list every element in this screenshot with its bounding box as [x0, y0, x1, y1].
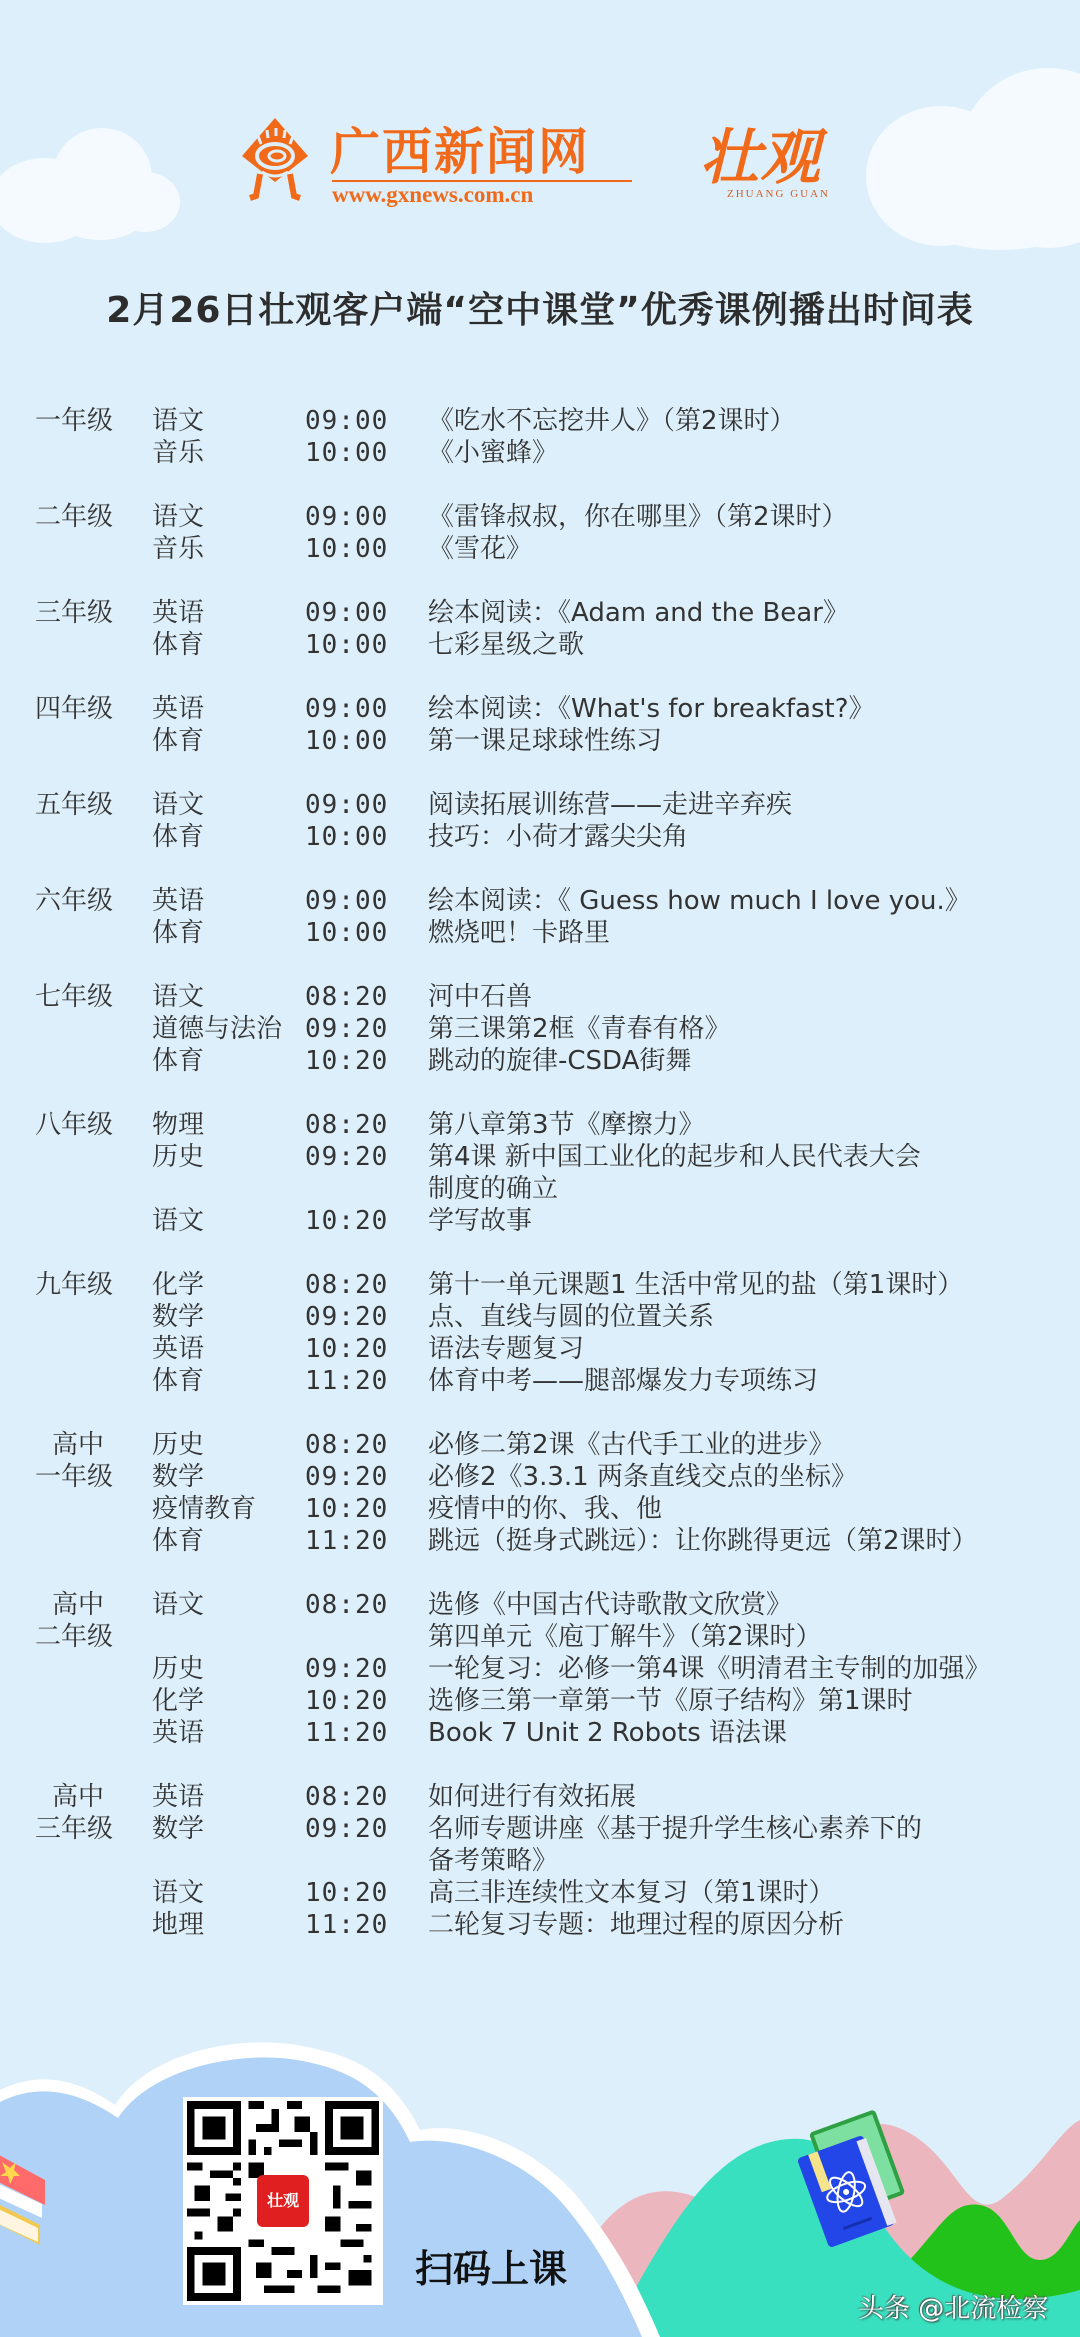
- subject-cell: 历史: [152, 1653, 204, 1685]
- time-cell: 11:20: [305, 1909, 388, 1941]
- lesson-title-cell: 绘本阅读：《Adam and the Bear》: [428, 597, 849, 629]
- table-row: 高中英语08:20如何进行有效拓展: [0, 1781, 1080, 1813]
- time-cell: 08:20: [305, 1589, 388, 1621]
- lesson-title-cell: 语法专题复习: [428, 1333, 584, 1365]
- grade-group: 七年级语文08:20河中石兽道德与法治09:20第三课第2框《青春有格》体育10…: [0, 981, 1080, 1077]
- subject-cell: 历史: [152, 1141, 204, 1173]
- subject-cell: 体育: [152, 725, 204, 757]
- lesson-title-cell: 点、直线与圆的位置关系: [428, 1301, 714, 1333]
- lesson-title-cell: 第4课 新中国工业化的起步和人民代表大会: [428, 1141, 921, 1173]
- grade-label: 高中: [28, 1429, 128, 1461]
- time-cell: 08:20: [305, 1429, 388, 1461]
- grade-label: 七年级: [35, 981, 145, 1013]
- table-row: 备考策略》: [0, 1845, 1080, 1877]
- subject-cell: 历史: [152, 1429, 204, 1461]
- time-cell: 08:20: [305, 1781, 388, 1813]
- table-row: 道德与法治09:20第三课第2框《青春有格》: [0, 1013, 1080, 1045]
- time-cell: 09:20: [305, 1013, 388, 1045]
- lesson-title-cell: 绘本阅读：《What's for breakfast?》: [428, 693, 875, 725]
- table-row: 一年级语文09:00《吃水不忘挖井人》（第2课时）: [0, 405, 1080, 437]
- page-title: 2月26日壮观客户端“空中课堂”优秀课例播出时间表: [0, 282, 1080, 333]
- lesson-title-cell: 第一课足球球性练习: [428, 725, 662, 757]
- lesson-title-cell: 河中石兽: [428, 981, 532, 1013]
- table-row: 数学09:20点、直线与圆的位置关系: [0, 1301, 1080, 1333]
- lesson-title-cell: 《雪花》: [428, 533, 532, 565]
- grade-label: 三年级: [35, 1813, 145, 1845]
- time-cell: 11:20: [305, 1717, 388, 1749]
- time-cell: 10:00: [305, 437, 388, 469]
- table-row: 六年级英语09:00绘本阅读：《 Guess how much I love y…: [0, 885, 1080, 917]
- subject-cell: 疫情教育: [152, 1493, 256, 1525]
- table-row: 二年级第四单元《庖丁解牛》（第2课时）: [0, 1621, 1080, 1653]
- scan-to-class-label: 扫码上课: [415, 2238, 567, 2293]
- lesson-title-cell: 必修二第2课《古代手工业的进步》: [428, 1429, 835, 1461]
- lesson-title-cell: 绘本阅读：《 Guess how much I love you.》: [428, 885, 971, 917]
- cloud-left-decoration: [55, 190, 145, 240]
- table-row: 制度的确立: [0, 1173, 1080, 1205]
- subject-cell: 体育: [152, 1525, 204, 1557]
- time-cell: 09:00: [305, 693, 388, 725]
- table-row: 九年级化学08:20第十一单元课题1 生活中常见的盐（第1课时）: [0, 1269, 1080, 1301]
- table-row: 体育11:20体育中考——腿部爆发力专项练习: [0, 1365, 1080, 1397]
- time-cell: 09:00: [305, 885, 388, 917]
- table-row: 地理11:20二轮复习专题：地理过程的原因分析: [0, 1909, 1080, 1941]
- subject-cell: 数学: [152, 1301, 204, 1333]
- subject-cell: 化学: [152, 1685, 204, 1717]
- subject-cell: 体育: [152, 629, 204, 661]
- subject-cell: 音乐: [152, 437, 204, 469]
- grade-label: 二年级: [35, 1621, 145, 1653]
- lesson-title-cell: 第八章第3节《摩擦力》: [428, 1109, 705, 1141]
- grade-label: 四年级: [35, 693, 145, 725]
- lesson-title-cell: 第十一单元课题1 生活中常见的盐（第1课时）: [428, 1269, 963, 1301]
- grade-group: 二年级语文09:00《雷锋叔叔，你在哪里》（第2课时）音乐10:00《雪花》: [0, 501, 1080, 565]
- grade-label: 一年级: [35, 405, 145, 437]
- time-cell: 10:20: [305, 1333, 388, 1365]
- time-cell: 11:20: [305, 1525, 388, 1557]
- subject-cell: 数学: [152, 1461, 204, 1493]
- grade-label: 五年级: [35, 789, 145, 821]
- time-cell: 11:20: [305, 1365, 388, 1397]
- time-cell: 10:20: [305, 1877, 388, 1909]
- time-cell: 10:20: [305, 1205, 388, 1237]
- table-row: 语文10:20学写故事: [0, 1205, 1080, 1237]
- lesson-title-cell: 第三课第2框《青春有格》: [428, 1013, 731, 1045]
- lesson-title-cell: 跳动的旋律-CSDA街舞: [428, 1045, 691, 1077]
- subject-cell: 体育: [152, 917, 204, 949]
- time-cell: 09:20: [305, 1653, 388, 1685]
- grade-group: 高中语文08:20选修《中国古代诗歌散文欣赏》二年级第四单元《庖丁解牛》（第2课…: [0, 1589, 1080, 1749]
- grade-label: 一年级: [35, 1461, 145, 1493]
- table-row: 三年级英语09:00绘本阅读：《Adam and the Bear》: [0, 597, 1080, 629]
- lesson-title-cell: 《雷锋叔叔，你在哪里》（第2课时）: [428, 501, 848, 533]
- table-row: 体育11:20跳远（挺身式跳远）：让你跳得更远（第2课时）: [0, 1525, 1080, 1557]
- grade-label: 九年级: [35, 1269, 145, 1301]
- table-row: 高中历史08:20必修二第2课《古代手工业的进步》: [0, 1429, 1080, 1461]
- time-cell: 10:00: [305, 629, 388, 661]
- grade-label: 六年级: [35, 885, 145, 917]
- time-cell: 09:20: [305, 1813, 388, 1845]
- grade-group: 八年级物理08:20第八章第3节《摩擦力》历史09:20第4课 新中国工业化的起…: [0, 1109, 1080, 1237]
- lesson-title-cell: 《小蜜蜂》: [428, 437, 558, 469]
- table-row: 五年级语文09:00阅读拓展训练营——走进辛弃疾: [0, 789, 1080, 821]
- grade-group: 六年级英语09:00绘本阅读：《 Guess how much I love y…: [0, 885, 1080, 949]
- zhuangguan-qr-logo: 壮观: [257, 2175, 309, 2227]
- table-row: 英语10:20语法专题复习: [0, 1333, 1080, 1365]
- table-row: 历史09:20第4课 新中国工业化的起步和人民代表大会: [0, 1141, 1080, 1173]
- time-cell: 09:00: [305, 789, 388, 821]
- qr-code[interactable]: 壮观: [183, 2097, 383, 2305]
- time-cell: 09:20: [305, 1141, 388, 1173]
- table-row: 化学10:20选修三第一章第一节《原子结构》第1课时: [0, 1685, 1080, 1717]
- grade-group: 一年级语文09:00《吃水不忘挖井人》（第2课时）音乐10:00《小蜜蜂》: [0, 405, 1080, 469]
- time-cell: 08:20: [305, 1109, 388, 1141]
- grade-label: 高中: [28, 1589, 128, 1621]
- grade-group: 三年级英语09:00绘本阅读：《Adam and the Bear》体育10:0…: [0, 597, 1080, 661]
- table-row: 语文10:20高三非连续性文本复习（第1课时）: [0, 1877, 1080, 1909]
- subject-cell: 英语: [152, 1717, 204, 1749]
- lesson-title-cell: 燃烧吧！卡路里: [428, 917, 610, 949]
- schedule-table: 一年级语文09:00《吃水不忘挖井人》（第2课时）音乐10:00《小蜜蜂》二年级…: [0, 405, 1080, 1973]
- lesson-title-cell: 如何进行有效拓展: [428, 1781, 636, 1813]
- grade-group: 高中历史08:20必修二第2课《古代手工业的进步》一年级数学09:20必修2《3…: [0, 1429, 1080, 1557]
- lesson-title-cell: 七彩星级之歌: [428, 629, 584, 661]
- lesson-title-cell: 二轮复习专题：地理过程的原因分析: [428, 1909, 844, 1941]
- subject-cell: 英语: [152, 1333, 204, 1365]
- lesson-title-cell: 一轮复习：必修一第4课《明清君主专制的加强》: [428, 1653, 991, 1685]
- table-row: 体育10:00燃烧吧！卡路里: [0, 917, 1080, 949]
- subject-cell: 音乐: [152, 533, 204, 565]
- subject-cell: 英语: [152, 1781, 204, 1813]
- grade-label: 三年级: [35, 597, 145, 629]
- subject-cell: 道德与法治: [152, 1013, 282, 1045]
- table-row: 疫情教育10:20疫情中的你、我、他: [0, 1493, 1080, 1525]
- table-row: 体育10:20跳动的旋律-CSDA街舞: [0, 1045, 1080, 1077]
- subject-cell: 化学: [152, 1269, 204, 1301]
- watermark: 头条 @北流检察: [858, 2288, 1048, 2325]
- lesson-title-cell: 阅读拓展训练营——走进辛弃疾: [428, 789, 792, 821]
- table-row: 音乐10:00《雪花》: [0, 533, 1080, 565]
- subject-cell: 语文: [152, 1589, 204, 1621]
- subject-cell: 体育: [152, 1045, 204, 1077]
- table-row: 体育10:00七彩星级之歌: [0, 629, 1080, 661]
- subject-cell: 语文: [152, 1205, 204, 1237]
- table-row: 三年级数学09:20名师专题讲座《基于提升学生核心素养下的: [0, 1813, 1080, 1845]
- header-logos: 广西新闻网 www.gxnews.com.cn 壮观 ZHUANG GUAN: [240, 110, 880, 220]
- lesson-title-cell: 名师专题讲座《基于提升学生核心素养下的: [428, 1813, 922, 1845]
- lesson-title-cell: 疫情中的你、我、他: [428, 1493, 662, 1525]
- time-cell: 10:00: [305, 821, 388, 853]
- publisher-name: 广西新闻网: [330, 112, 590, 184]
- subject-cell: 语文: [152, 789, 204, 821]
- subject-cell: 英语: [152, 885, 204, 917]
- grade-group: 四年级英语09:00绘本阅读：《What's for breakfast?》体育…: [0, 693, 1080, 757]
- table-row: 英语11:20Book 7 Unit 2 Robots 语法课: [0, 1717, 1080, 1749]
- subject-cell: 体育: [152, 821, 204, 853]
- table-row: 一年级数学09:20必修2《3.3.1 两条直线交点的坐标》: [0, 1461, 1080, 1493]
- time-cell: 09:20: [305, 1461, 388, 1493]
- lesson-title-cell: 第四单元《庖丁解牛》（第2课时）: [428, 1621, 822, 1653]
- subject-cell: 语文: [152, 501, 204, 533]
- table-row: 二年级语文09:00《雷锋叔叔，你在哪里》（第2课时）: [0, 501, 1080, 533]
- lesson-title-cell: 选修三第一章第一节《原子结构》第1课时: [428, 1685, 913, 1717]
- grade-label: 二年级: [35, 501, 145, 533]
- time-cell: 10:00: [305, 917, 388, 949]
- subject-cell: 体育: [152, 1365, 204, 1397]
- lesson-title-cell: 跳远（挺身式跳远）：让你跳得更远（第2课时）: [428, 1525, 978, 1557]
- time-cell: 09:00: [305, 597, 388, 629]
- grade-group: 五年级语文09:00阅读拓展训练营——走进辛弃疾体育10:00技巧：小荷才露尖尖…: [0, 789, 1080, 853]
- table-row: 八年级物理08:20第八章第3节《摩擦力》: [0, 1109, 1080, 1141]
- grade-group: 高中英语08:20如何进行有效拓展三年级数学09:20名师专题讲座《基于提升学生…: [0, 1781, 1080, 1941]
- gxnews-emblem-icon: [240, 116, 310, 202]
- time-cell: 08:20: [305, 981, 388, 1013]
- time-cell: 10:20: [305, 1685, 388, 1717]
- time-cell: 10:20: [305, 1493, 388, 1525]
- lesson-title-cell: 学写故事: [428, 1205, 532, 1237]
- subject-cell: 语文: [152, 981, 204, 1013]
- subject-cell: 地理: [152, 1909, 204, 1941]
- time-cell: 09:20: [305, 1301, 388, 1333]
- grade-label: 高中: [28, 1781, 128, 1813]
- lesson-title-cell: 必修2《3.3.1 两条直线交点的坐标》: [428, 1461, 857, 1493]
- table-row: 音乐10:00《小蜜蜂》: [0, 437, 1080, 469]
- lesson-title-cell: 选修《中国古代诗歌散文欣赏》: [428, 1589, 792, 1621]
- table-row: 高中语文08:20选修《中国古代诗歌散文欣赏》: [0, 1589, 1080, 1621]
- lesson-title-cell: 高三非连续性文本复习（第1课时）: [428, 1877, 835, 1909]
- time-cell: 08:20: [305, 1269, 388, 1301]
- lesson-title-cell: Book 7 Unit 2 Robots 语法课: [428, 1717, 787, 1749]
- grade-label: 八年级: [35, 1109, 145, 1141]
- time-cell: 10:00: [305, 725, 388, 757]
- table-row: 体育10:00第一课足球球性练习: [0, 725, 1080, 757]
- table-row: 四年级英语09:00绘本阅读：《What's for breakfast?》: [0, 693, 1080, 725]
- lesson-title-cell: 备考策略》: [428, 1845, 558, 1877]
- table-row: 七年级语文08:20河中石兽: [0, 981, 1080, 1013]
- subject-cell: 语文: [152, 1877, 204, 1909]
- zhuangguan-logo-icon: 壮观: [700, 110, 820, 196]
- zhuangguan-latin: ZHUANG GUAN: [727, 188, 830, 200]
- lesson-title-cell: 体育中考——腿部爆发力专项练习: [428, 1365, 818, 1397]
- publisher-url: www.gxnews.com.cn: [332, 182, 533, 208]
- time-cell: 10:00: [305, 533, 388, 565]
- subject-cell: 物理: [152, 1109, 204, 1141]
- subject-cell: 数学: [152, 1813, 204, 1845]
- subject-cell: 英语: [152, 693, 204, 725]
- subject-cell: 英语: [152, 597, 204, 629]
- grade-group: 九年级化学08:20第十一单元课题1 生活中常见的盐（第1课时）数学09:20点…: [0, 1269, 1080, 1397]
- time-cell: 10:20: [305, 1045, 388, 1077]
- table-row: 体育10:00技巧：小荷才露尖尖角: [0, 821, 1080, 853]
- lesson-title-cell: 《吃水不忘挖井人》（第2课时）: [428, 405, 796, 437]
- lesson-title-cell: 制度的确立: [428, 1173, 558, 1205]
- lesson-title-cell: 技巧：小荷才露尖尖角: [428, 821, 688, 853]
- time-cell: 09:00: [305, 405, 388, 437]
- subject-cell: 语文: [152, 405, 204, 437]
- time-cell: 09:00: [305, 501, 388, 533]
- table-row: 历史09:20一轮复习：必修一第4课《明清君主专制的加强》: [0, 1653, 1080, 1685]
